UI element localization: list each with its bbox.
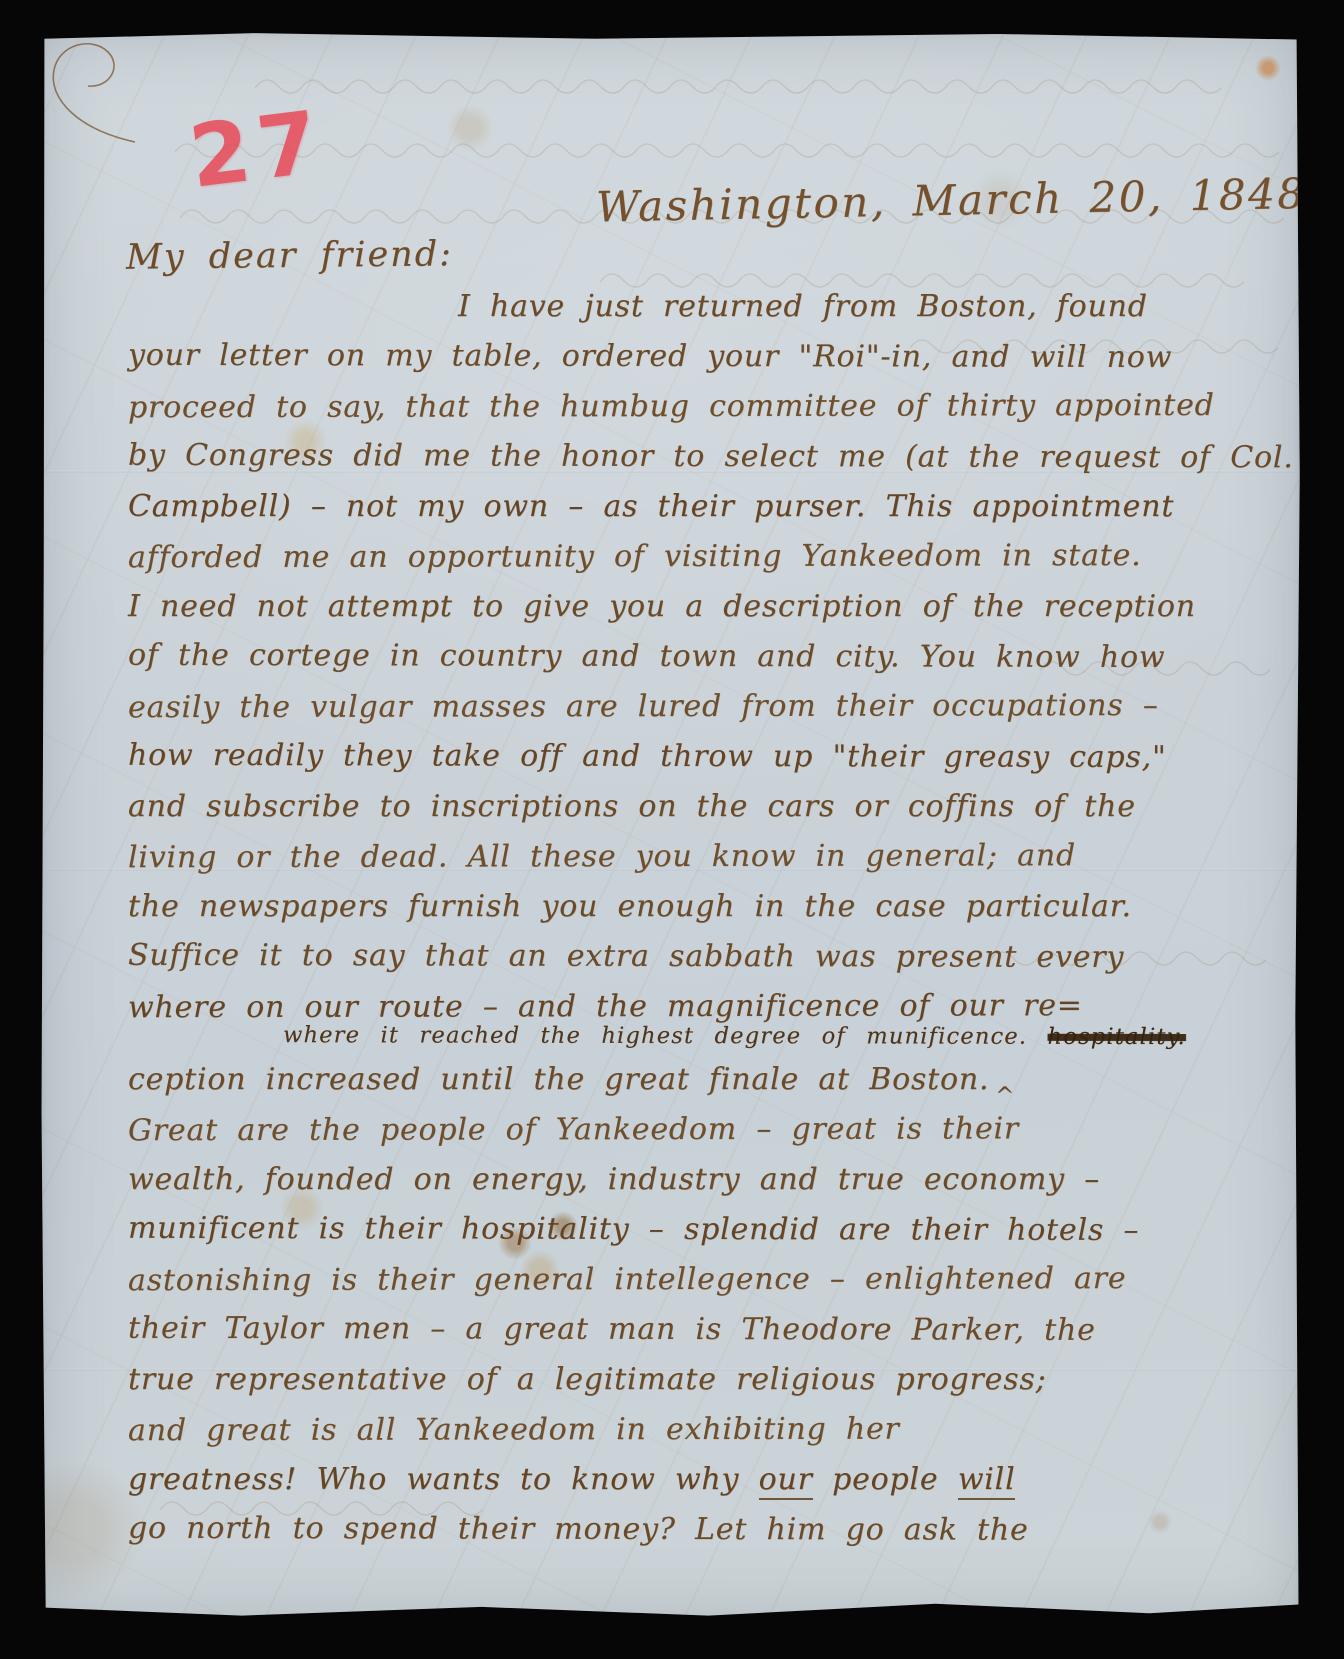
text-segment: ception increased until the great finale… bbox=[128, 1062, 989, 1097]
text-segment: go north to spend their money? Let him g… bbox=[128, 1511, 1029, 1548]
text-segment: your letter on my table, ordered your "R… bbox=[128, 338, 1172, 375]
text-segment: people bbox=[813, 1462, 958, 1497]
letter-line: I have just returned from Boston, found bbox=[128, 282, 1268, 332]
ghost-stroke bbox=[175, 144, 1279, 157]
letter-line: and great is all Yankeedom in exhibiting… bbox=[128, 1404, 1268, 1456]
struck-word: hospitality. bbox=[1047, 1024, 1185, 1050]
letter-line: Campbell) – not my own – as their purser… bbox=[128, 482, 1268, 532]
text-segment: of the cortege in country and town and c… bbox=[128, 638, 1165, 675]
letter-line: the newspapers furnish you enough in the… bbox=[128, 882, 1268, 932]
text-segment: true representative of a legitimate reli… bbox=[128, 1362, 1047, 1397]
text-segment: living or the dead. All these you know i… bbox=[128, 838, 1076, 875]
letter-line: I need not attempt to give you a descrip… bbox=[128, 582, 1268, 632]
text-segment: their Taylor men – a great man is Theodo… bbox=[128, 1311, 1096, 1348]
text-segment: where it reached the highest degree of m… bbox=[283, 1022, 1048, 1050]
letter-page: 27 Washington, March 20, 1848. My dear f… bbox=[40, 30, 1301, 1622]
flourish-ornament bbox=[40, 30, 160, 160]
text-segment: Suffice it to say that an extra sabbath … bbox=[128, 938, 1124, 975]
text-segment: Great are the people of Yankeedom – grea… bbox=[128, 1111, 1019, 1148]
text-segment: Campbell) – not my own – as their purser… bbox=[128, 489, 1174, 524]
text-segment: the newspapers furnish you enough in the… bbox=[128, 889, 1132, 924]
text-segment: proceed to say, that the humbug committe… bbox=[128, 388, 1215, 425]
letter-line: munificent is their hospitality – splend… bbox=[128, 1204, 1268, 1256]
letter-line: by Congress did me the honor to select m… bbox=[128, 431, 1268, 483]
letter-line: Great are the people of Yankeedom – grea… bbox=[128, 1104, 1268, 1156]
text-segment: wealth, founded on energy, industry and … bbox=[128, 1162, 1100, 1197]
text-segment: and great is all Yankeedom in exhibiting… bbox=[128, 1412, 900, 1449]
text-segment: afforded me an opportunity of visiting Y… bbox=[128, 538, 1142, 575]
text-segment: easily the vulgar masses are lured from … bbox=[128, 688, 1159, 725]
text-segment: I have just returned from Boston, found bbox=[458, 289, 1148, 324]
letter-line: true representative of a legitimate reli… bbox=[128, 1355, 1268, 1405]
letter-line: their Taylor men – a great man is Theodo… bbox=[128, 1304, 1268, 1356]
text-segment: by Congress did me the honor to select m… bbox=[128, 438, 1294, 475]
letter-line: and subscribe to inscriptions on the car… bbox=[128, 782, 1268, 832]
text-segment: I need not attempt to give you a descrip… bbox=[128, 589, 1196, 624]
letter-line: afforded me an opportunity of visiting Y… bbox=[128, 531, 1268, 583]
letter-body: I have just returned from Boston, foundy… bbox=[128, 282, 1268, 1555]
letter-line: of the cortege in country and town and c… bbox=[128, 631, 1268, 683]
ghost-stroke bbox=[255, 80, 1221, 93]
text-segment: greatness! Who wants to know why bbox=[128, 1462, 759, 1497]
text-segment: astonishing is their general intellegenc… bbox=[128, 1261, 1126, 1298]
letter-line: easily the vulgar masses are lured from … bbox=[128, 681, 1268, 733]
text-segment: how readily they take off and throw up "… bbox=[128, 738, 1167, 775]
text-segment: and subscribe to inscriptions on the car… bbox=[128, 789, 1136, 824]
letter-line: wealth, founded on energy, industry and … bbox=[128, 1155, 1268, 1205]
letter-line: your letter on my table, ordered your "R… bbox=[128, 331, 1268, 383]
text-segment: our bbox=[759, 1462, 813, 1500]
archival-number: 27 bbox=[184, 92, 331, 208]
letter-line: go north to spend their money? Let him g… bbox=[128, 1504, 1268, 1556]
letter-line: greatness! Who wants to know why our peo… bbox=[128, 1455, 1268, 1505]
text-segment: where on our route – and the magnificenc… bbox=[128, 988, 1083, 1025]
salutation: My dear friend: bbox=[126, 234, 453, 277]
letter-line: astonishing is their general intellegenc… bbox=[128, 1254, 1268, 1306]
scanned-letter-canvas: 27 Washington, March 20, 1848. My dear f… bbox=[0, 0, 1344, 1659]
letter-line: ception increased until the great finale… bbox=[128, 1055, 1268, 1105]
letter-line: how readily they take off and throw up "… bbox=[128, 731, 1268, 783]
letter-line: proceed to say, that the humbug committe… bbox=[128, 381, 1268, 433]
interlinear-insertion: where it reached the highest degree of m… bbox=[128, 1022, 1268, 1056]
text-segment: will bbox=[958, 1462, 1016, 1500]
letter-line: Suffice it to say that an extra sabbath … bbox=[128, 931, 1268, 983]
text-segment: munificent is their hospitality – splend… bbox=[128, 1211, 1139, 1248]
dateline: Washington, March 20, 1848. bbox=[596, 169, 1277, 231]
letter-line: living or the dead. All these you know i… bbox=[128, 831, 1268, 883]
